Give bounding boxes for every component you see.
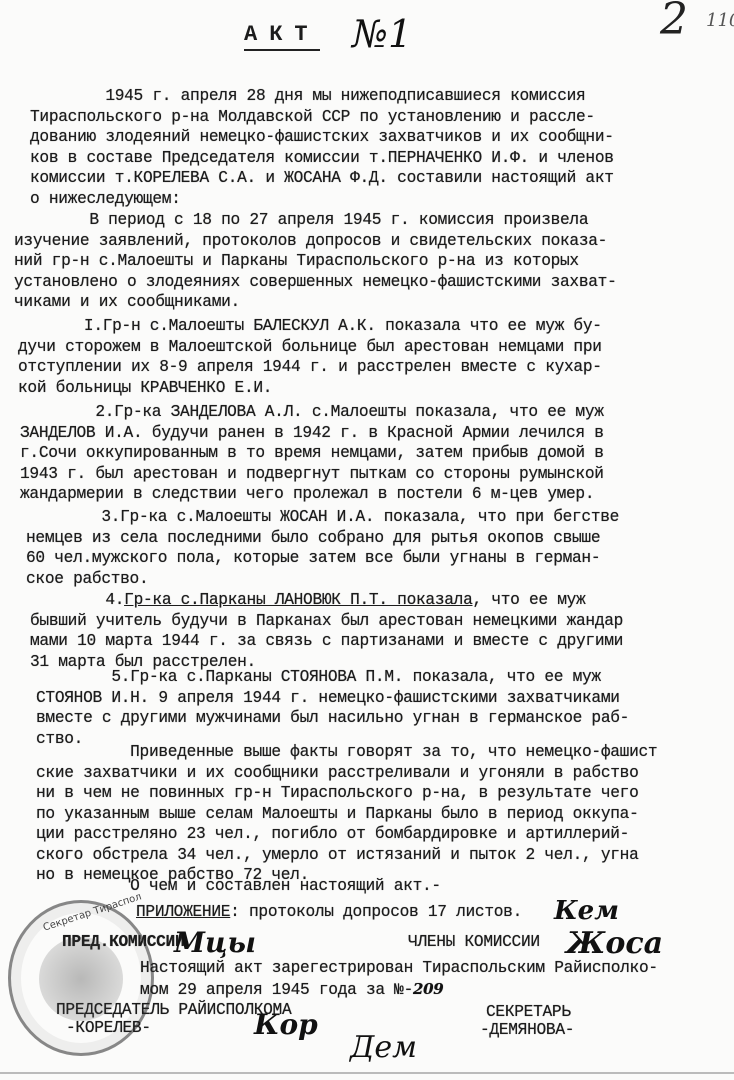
closing-line: О чем и составлен настоящий акт.- [36,876,441,897]
signature-member-2: Жоса [566,926,663,961]
text-line: ские захватчики и их сообщники расстрели… [36,763,657,784]
text-line: 1945 г. апреля 28 дня мы нижеподписавшие… [30,86,614,107]
text-line: кой больницы КРАВЧЕНКО Е.И. [18,378,602,399]
text-line: 5.Гр-ка с.Парканы СТОЯНОВА П.М. показала… [36,667,629,688]
underlined-text: Гр-ка с.Парканы ЛАНОВЮК П.Т. показала [124,591,472,609]
text-line: по указанным выше селам Малоешты и Парка… [36,804,657,825]
text-line: дованию злодеяний немецко-фашистских зах… [30,127,614,148]
official-stamp: Секретар Тираспол [8,900,154,1056]
handwritten-corner-mark: 2 [660,0,688,45]
members-label: ЧЛЕНЫ КОМИССИИ [408,932,540,953]
text-line: чиками и их сообщниками. [14,292,617,313]
appendix-line: ПРИЛОЖЕНИЕ: протоколы допросов 17 листов… [136,902,522,923]
testimony-1: I.Гр-н с.Малоешты БАЛЕСКУЛ А.К. показала… [18,316,602,398]
text-line: ское рабство. [26,569,619,590]
document-number: №1 [352,12,412,56]
text-line: Тираспольского р-на Молдавской ССР по ус… [30,107,614,128]
secretary-name: -ДЕМЯНОВА- [480,1020,574,1041]
appendix-label: ПРИЛОЖЕНИЕ [136,903,230,921]
page-number: 110 [706,10,734,31]
signature-secretary: Дем [350,1030,417,1065]
text-line: 3.Гр-ка с.Малоешты ЖОСАН И.А. показала, … [26,507,619,528]
document-title: АКТ [244,22,320,51]
text-line: В период с 18 по 27 апреля 1945 г. комис… [14,210,617,231]
text-line: ЗАНДЕЛОВ И.А. будучи ранен в 1942 г. в К… [20,423,604,444]
text-line: 60 чел.мужского пола, которые затем все … [26,548,619,569]
text-line: дучи сторожем в Малоештской больнице был… [18,337,602,358]
text-line: мами 10 марта 1944 г. за связь с партиза… [30,631,623,652]
testimony-2: 2.Гр-ка ЗАНДЕЛОВА А.Л. с.Малоешты показа… [20,402,604,505]
text-line: Настоящий акт зарегестрирован Тираспольс… [140,958,658,979]
text-line: ни в чем не повинных гр-н Тираспольского… [36,783,657,804]
period-paragraph: В период с 18 по 27 апреля 1945 г. комис… [14,210,617,313]
text-line: мом 29 апреля 1945 года за №-209 [140,979,658,1001]
signature-raiispolkom-chair: Кор [254,1008,318,1041]
text-line: изучение заявлений, протоколов допросов … [14,231,617,252]
text-line: Приведенные выше факты говорят за то, чт… [36,742,657,763]
testimony-4: 4.Гр-ка с.Парканы ЛАНОВЮК П.Т. показала,… [30,590,623,672]
text-line: отступлении их 8-9 апреля 1944 г. и расс… [18,357,602,378]
registration-paragraph: Настоящий акт зарегестрирован Тираспольс… [140,958,658,1000]
text-line: г.Сочи оккупированным в то время немцами… [20,443,604,464]
conclusion-paragraph: Приведенные выше факты говорят за то, чт… [36,742,657,886]
text-line: I.Гр-н с.Малоешты БАЛЕСКУЛ А.К. показала… [18,316,602,337]
text-line: установлено о злодеяниях совершенных нем… [14,272,617,293]
document-page: 2 110 АКТ №1 1945 г. апреля 28 дня мы ни… [0,0,734,1080]
page-edge [0,1072,734,1074]
stamp-emblem [39,937,123,1021]
intro-paragraph: 1945 г. апреля 28 дня мы нижеподписавшие… [30,86,614,209]
item-prefix: 4. [30,591,124,609]
signature-member-1: Кем [554,896,619,926]
text-line: ского обстрела 34 чел., умерло от истяза… [36,845,657,866]
text-line: жандармерии в следствии чего пролежал в … [20,484,604,505]
text-fragment: , что ее муж [472,591,585,609]
text-line: бывший учитель будучи в Парканах был аре… [30,611,623,632]
text-line: 2.Гр-ка ЗАНДЕЛОВА А.Л. с.Малоешты показа… [20,402,604,423]
text-line: о нижеследующем: [30,189,614,210]
text-line: СТОЯНОВ И.Н. 9 апреля 1944 г. немецко-фа… [36,688,629,709]
text-line: вместе с другими мужчинами был насильно … [36,708,629,729]
text-line: 4.Гр-ка с.Парканы ЛАНОВЮК П.Т. показала,… [30,590,623,611]
stamp-text: Секретар Тираспол [42,891,143,933]
appendix-text: : протоколы допросов 17 листов. [230,903,522,921]
text-line: 1943 г. был арестован и подвергнут пытка… [20,464,604,485]
testimony-5: 5.Гр-ка с.Парканы СТОЯНОВА П.М. показала… [36,667,629,749]
signature-chairman: Мцы [174,926,256,959]
text-line: ков в составе Председателя комиссии т.ПЕ… [30,148,614,169]
text-line: комиссии т.КОРЕЛЕВА С.А. и ЖОСАНА Ф.Д. с… [30,168,614,189]
testimony-3: 3.Гр-ка с.Малоешты ЖОСАН И.А. показала, … [26,507,619,589]
text-line: ний гр-н с.Малоешты и Парканы Тираспольс… [14,251,617,272]
text-line: ции расстреляно 23 чел., погибло от бомб… [36,824,657,845]
text-line: немцев из села последними было собрано д… [26,528,619,549]
handwritten-registration-number: 209 [413,980,443,998]
